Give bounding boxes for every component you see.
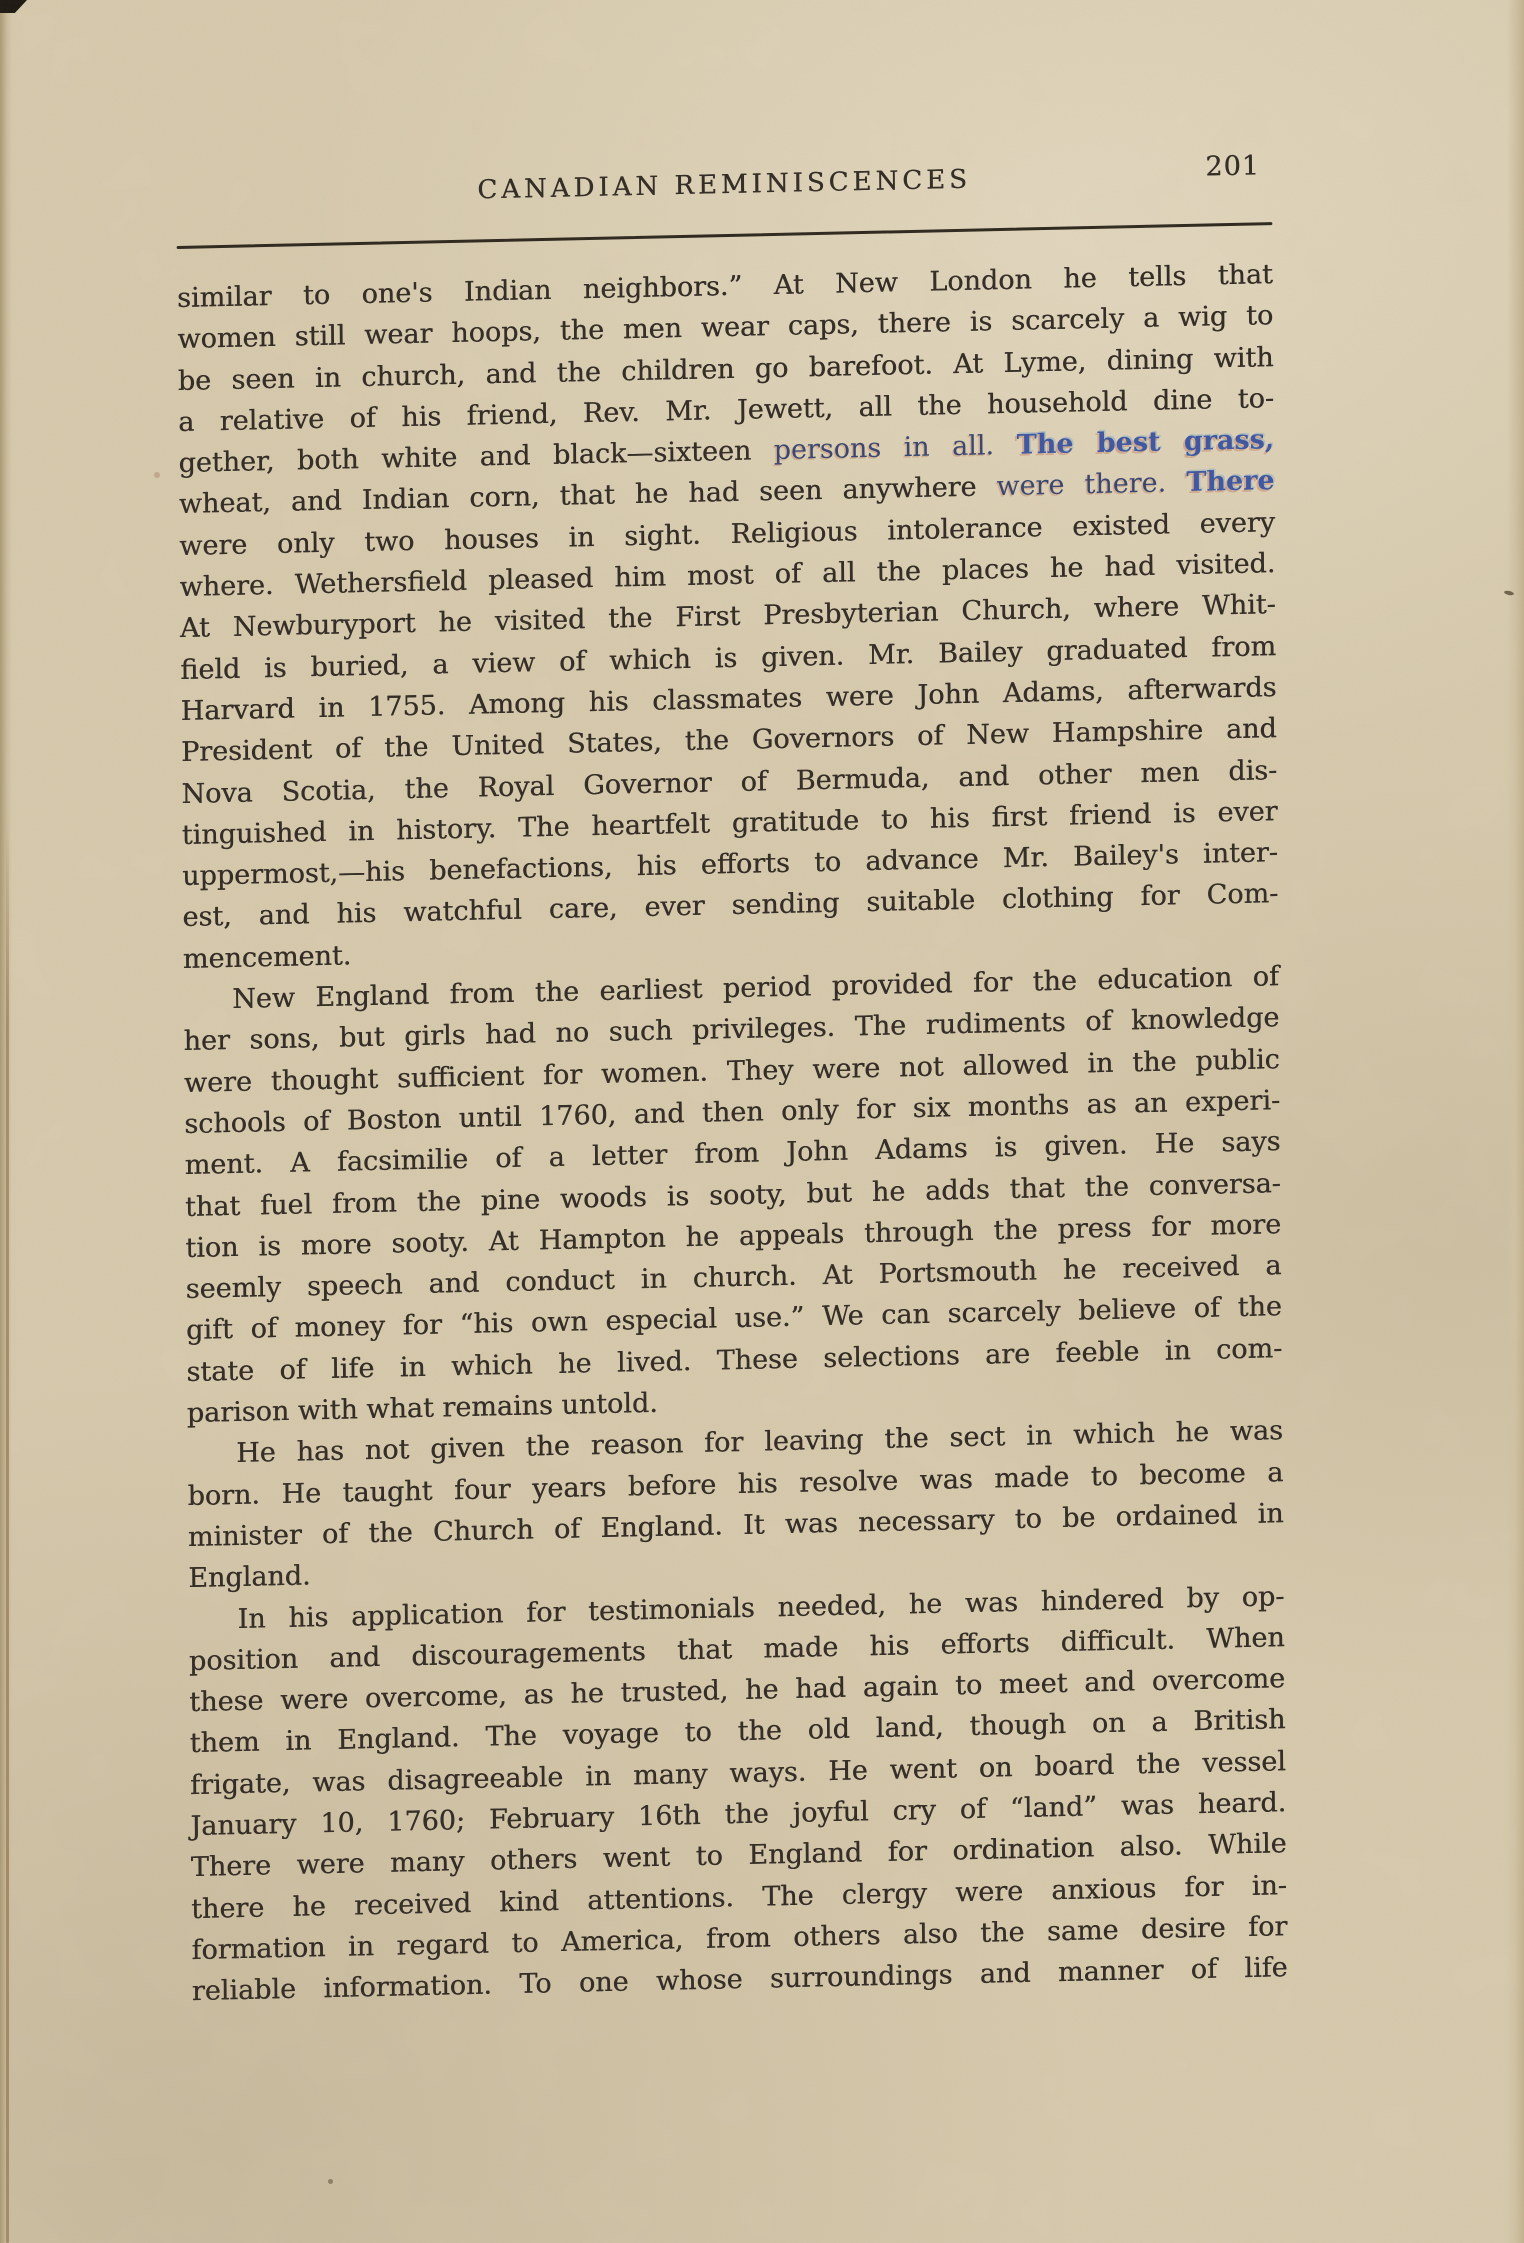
color-tinted-text: The best grass, [1017,424,1275,461]
color-tinted-text: There [1186,466,1275,499]
body-text: similar to one's Indian neighbors.” At N… [177,254,1288,2012]
paragraph-3: He has not given the reason for leaving … [187,1410,1284,1599]
binding-crease-line [6,820,9,2243]
paragraph-4: In his application for testimonials need… [188,1576,1287,2013]
ink-speck [154,472,160,478]
page-content: CANADIAN REMINISCENCES 201 similar to on… [176,158,1272,216]
page-title: CANADIAN REMINISCENCES [176,158,1272,212]
ink-speck [328,2179,333,2184]
scan-corner-dark-patch [0,0,27,13]
page-right-edge-shadow [1507,0,1524,2243]
book-page: CANADIAN REMINISCENCES 201 similar to on… [0,0,1524,2243]
color-tinted-text: were there. [996,468,1166,503]
header-rule [177,222,1273,249]
page-number: 201 [1205,150,1260,182]
paragraph-2: New England from the earliest period pro… [183,956,1283,1434]
paragraph-1: similar to one's Indian neighbors.” At N… [177,254,1279,980]
running-head: CANADIAN REMINISCENCES 201 [176,158,1272,216]
color-tinted-text: persons in all. [774,430,995,466]
